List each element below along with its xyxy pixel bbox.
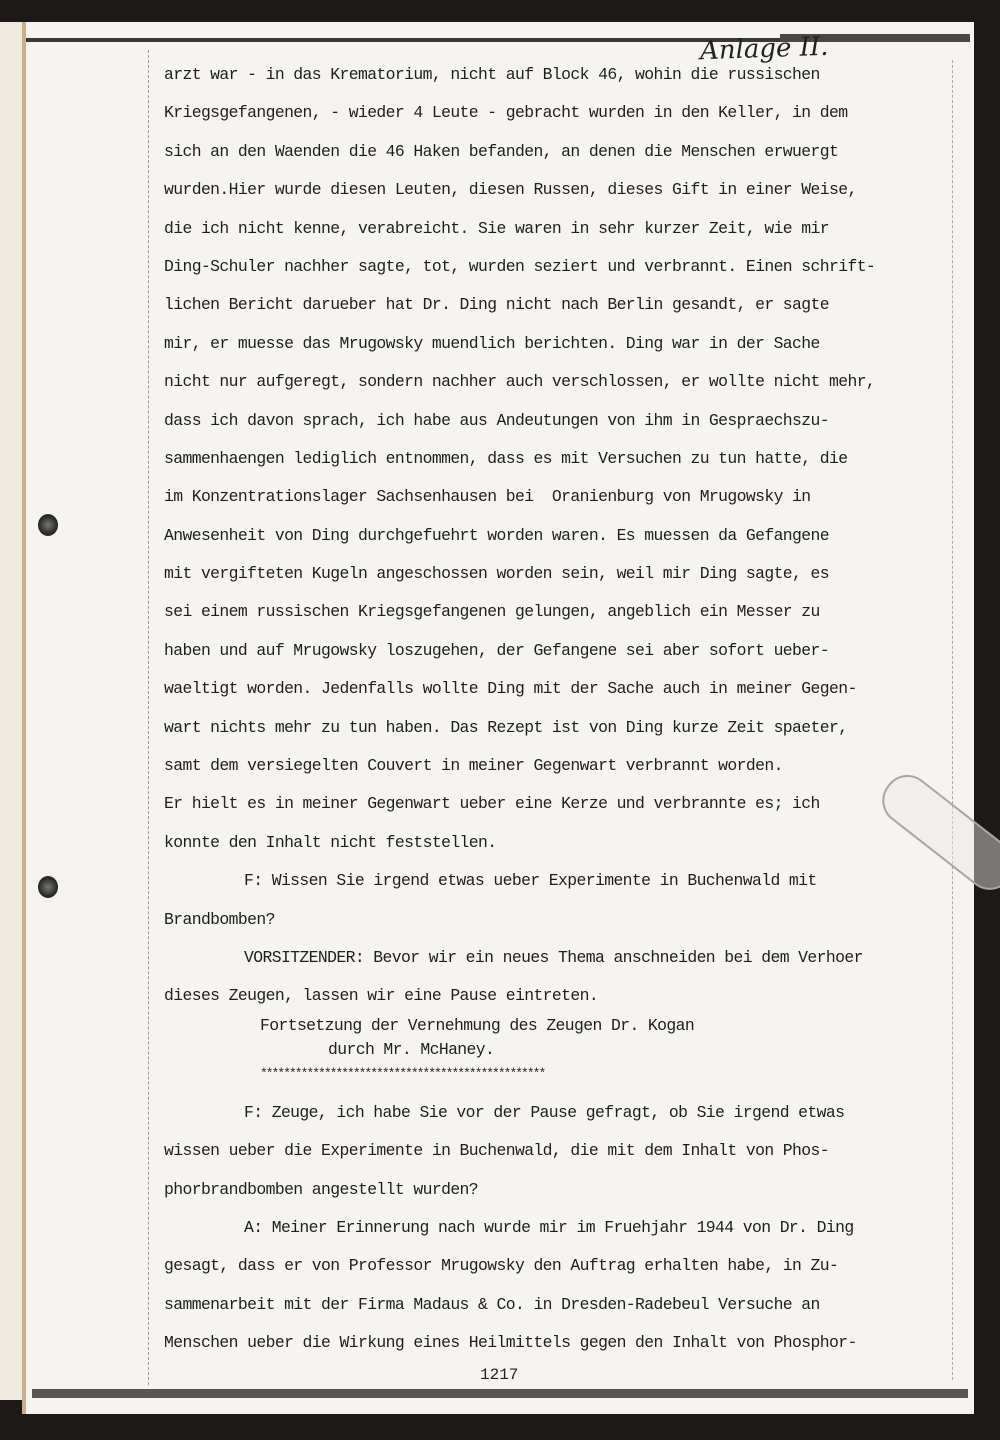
text-line: Anwesenheit von Ding durchgefuehrt worde…	[164, 517, 924, 555]
page-number: 1217	[480, 1366, 518, 1384]
text-line: die ich nicht kenne, verabreicht. Sie wa…	[164, 210, 924, 248]
text-line: dass ich davon sprach, ich habe aus Ande…	[164, 402, 924, 440]
text-line: Ding-Schuler nachher sagte, tot, wurden …	[164, 248, 924, 286]
text-line: wurden.Hier wurde diesen Leuten, diesen …	[164, 171, 924, 209]
text-line: wart nichts mehr zu tun haben. Das Rezep…	[164, 709, 924, 747]
punch-hole-icon	[38, 514, 58, 536]
question-line: F: Wissen Sie irgend etwas ueber Experim…	[164, 862, 924, 900]
bottom-rule	[32, 1389, 968, 1398]
text-line: arzt war - in das Krematorium, nicht auf…	[164, 56, 924, 94]
text-line: lichen Bericht darueber hat Dr. Ding nic…	[164, 286, 924, 324]
text-line: im Konzentrationslager Sachsenhausen bei…	[164, 478, 924, 516]
question-line: F: Zeuge, ich habe Sie vor der Pause gef…	[164, 1094, 924, 1132]
right-margin-line	[952, 60, 954, 1380]
text-line: Er hielt es in meiner Gegenwart ueber ei…	[164, 785, 924, 823]
text-line: sammenhaengen lediglich entnommen, dass …	[164, 440, 924, 478]
question-line: wissen ueber die Experimente in Buchenwa…	[164, 1132, 924, 1170]
punch-hole-icon	[38, 876, 58, 898]
text-line: nicht nur aufgeregt, sondern nachher auc…	[164, 363, 924, 401]
answer-line: A: Meiner Erinnerung nach wurde mir im F…	[164, 1209, 924, 1247]
answer-line: gesagt, dass er von Professor Mrugowsky …	[164, 1247, 924, 1285]
separator: ****************************************…	[164, 1062, 924, 1086]
question-line: Brandbomben?	[164, 901, 924, 939]
text-line: konnte den Inhalt nicht feststellen.	[164, 824, 924, 862]
text-line: waeltigt worden. Jedenfalls wollte Ding …	[164, 670, 924, 708]
text-line: mit vergifteten Kugeln angeschossen word…	[164, 555, 924, 593]
text-line: sich an den Waenden die 46 Haken befande…	[164, 133, 924, 171]
chairman-line: dieses Zeugen, lassen wir eine Pause ein…	[164, 977, 924, 1015]
document-body: arzt war - in das Krematorium, nicht auf…	[164, 56, 924, 1363]
chairman-line: VORSITZENDER: Bevor wir ein neues Thema …	[164, 939, 924, 977]
text-line: samt dem versiegelten Couvert in meiner …	[164, 747, 924, 785]
answer-line: sammenarbeit mit der Firma Madaus & Co. …	[164, 1286, 924, 1324]
left-margin-line	[148, 50, 150, 1385]
answer-line: Menschen ueber die Wirkung eines Heilmit…	[164, 1324, 924, 1362]
text-line: haben und auf Mrugowsky loszugehen, der …	[164, 632, 924, 670]
question-line: phorbrandbomben angestellt wurden?	[164, 1171, 924, 1209]
section-heading-sub: durch Mr. McHaney.	[164, 1038, 924, 1062]
text-line: mir, er muesse das Mrugowsky muendlich b…	[164, 325, 924, 363]
text-line: Kriegsgefangenen, - wieder 4 Leute - geb…	[164, 94, 924, 132]
section-heading: Fortsetzung der Vernehmung des Zeugen Dr…	[164, 1014, 924, 1038]
text-line: sei einem russischen Kriegsgefangenen ge…	[164, 593, 924, 631]
